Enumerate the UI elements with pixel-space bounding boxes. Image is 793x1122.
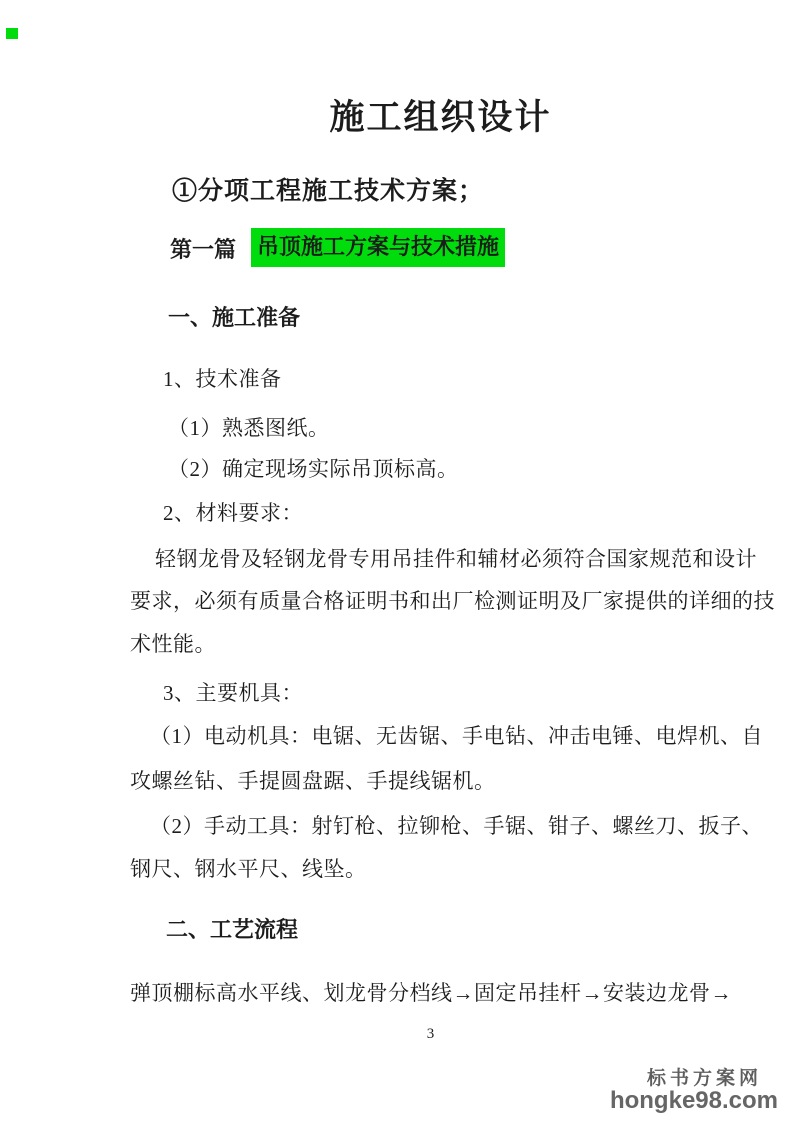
body-line-material-requirements: 2、材料要求： [163,500,303,526]
document-page: 施工组织设计 ①分项工程施工技术方案； 第一篇 吊顶施工方案与技术措施 一、施工… [0,0,793,1122]
body-line-hand-tools-1: （2）手动工具：射钉枪、拉铆枪、手锯、钳子、螺丝刀、扳子、 [150,813,763,839]
body-line-technical-preparation: 1、技术准备 [163,366,282,392]
body-line-power-tools-1: （1）电动机具：电锯、无齿锯、手电钻、冲击电锤、电焊机、自 [150,723,763,749]
sub-heading-process-flow: 二、工艺流程 [166,916,298,944]
chapter-title-highlighted: 吊顶施工方案与技术措施 [251,228,505,267]
body-line-material-paragraph-1: 轻钢龙骨及轻钢龙骨专用吊挂件和辅材必须符合国家规范和设计 [155,546,757,572]
page-number: 3 [0,1025,793,1044]
stray-highlight-mark [6,28,18,39]
body-line-material-paragraph-3: 术性能。 [130,631,216,657]
watermark-site-url: hongke98.com [610,1086,778,1116]
body-line-hand-tools-2: 钢尺、钢水平尺、线坠。 [130,856,367,882]
body-line-main-equipment: 3、主要机具： [163,680,303,706]
body-line-material-paragraph-2: 要求，必须有质量合格证明书和出厂检测证明及厂家提供的详细的技 [130,588,775,614]
sub-heading-construction-preparation: 一、施工准备 [168,304,300,332]
body-line-process-flow-sequence: 弹顶棚标高水平线、划龙骨分档线→固定吊挂杆→安装边龙骨→ [130,980,732,1006]
body-line-review-drawings: （1）熟悉图纸。 [168,415,330,441]
body-line-power-tools-2: 攻螺丝钻、手提圆盘踞、手提线锯机。 [130,768,496,794]
section-heading: ①分项工程施工技术方案； [172,176,484,207]
document-title: 施工组织设计 [0,96,793,140]
chapter-label: 第一篇 [170,236,236,264]
body-line-confirm-ceiling-elevation: （2）确定现场实际吊顶标高。 [168,456,459,482]
